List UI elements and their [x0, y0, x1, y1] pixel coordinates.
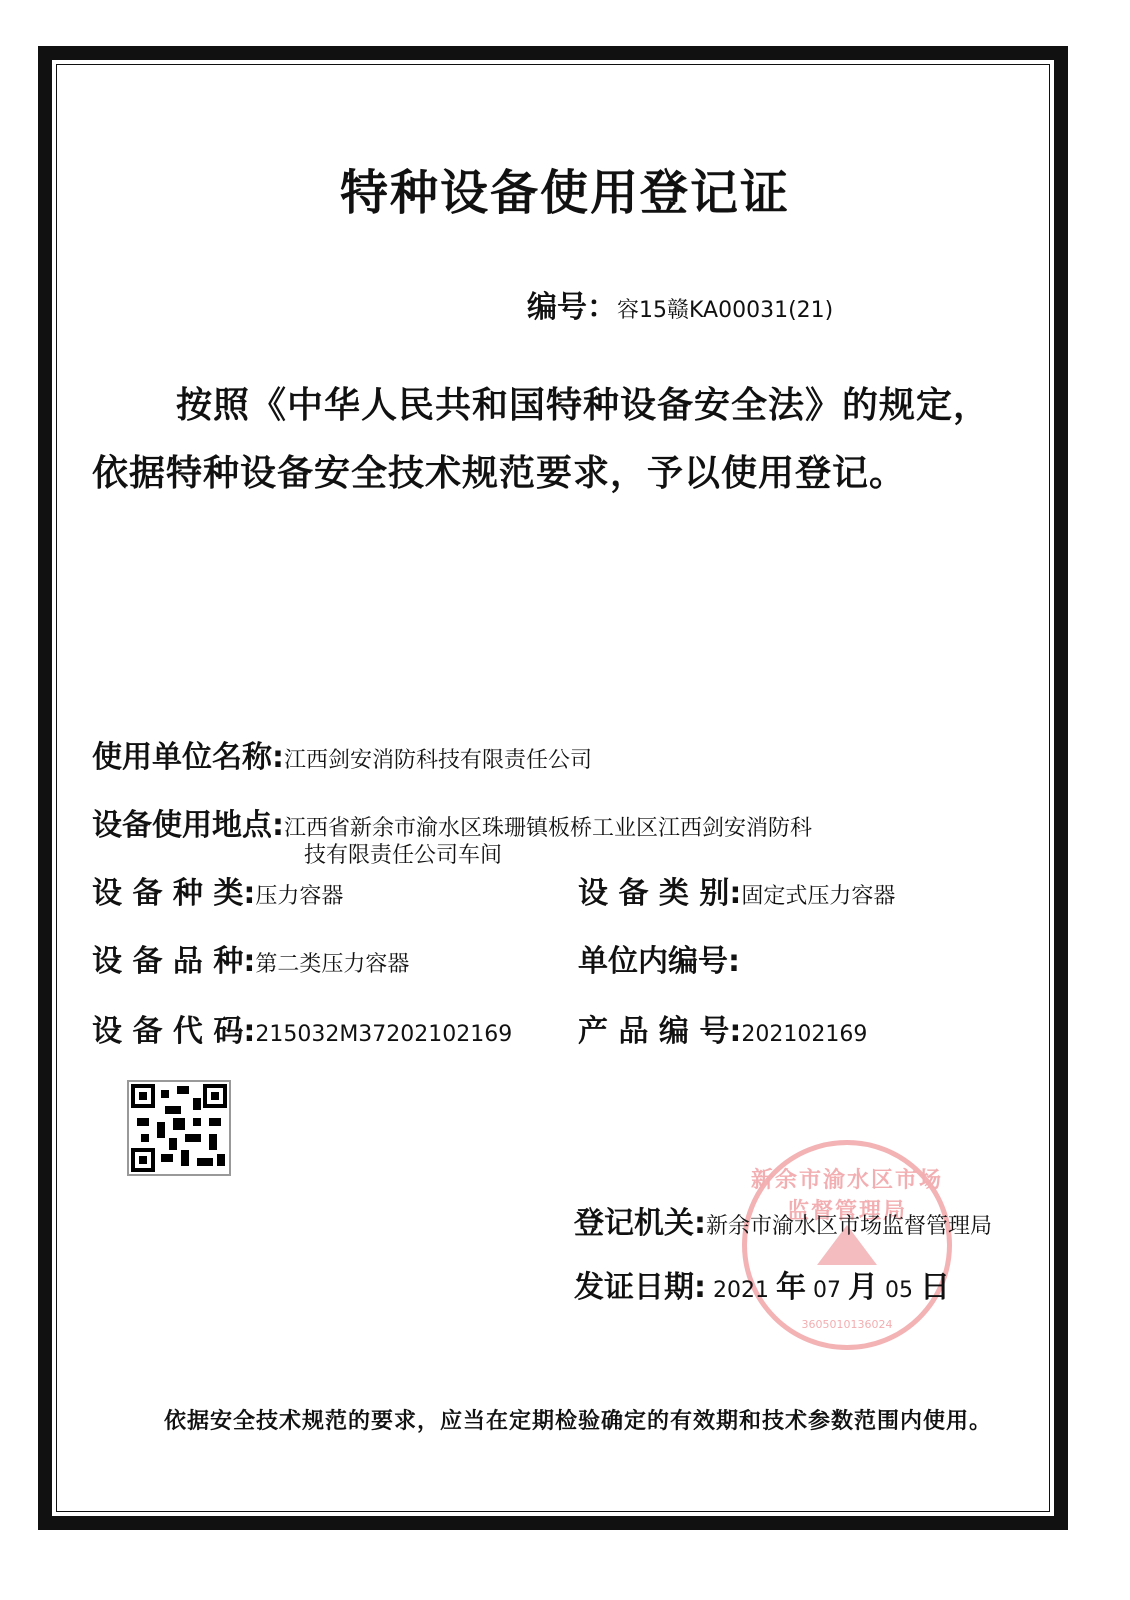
certificate-number-label: 编号 [527, 290, 587, 325]
field-authority: 登记机关:新余市渝水区市场监督管理局 [574, 1198, 992, 1242]
usage-note: 依据安全技术规范的要求，应当在定期检验确定的有效期和技术参数范围内使用。 [110, 1402, 1010, 1442]
location-value-line2: 技有限责任公司车间 [304, 838, 502, 869]
field-equipment-type: 设 备 种 类:压力容器 [92, 868, 343, 912]
field-equipment-class: 设 备 类 别:固定式压力容器 [578, 868, 895, 912]
authority-value: 新余市渝水区市场监督管理局 [706, 1214, 992, 1239]
certificate-number: 编号：容15赣KA00031(21) [527, 282, 833, 326]
field-issue-date: 发证日期: 2021 年 07 月 05 日 [574, 1262, 950, 1306]
certificate-title: 特种设备使用登记证 [0, 154, 1130, 223]
certificate-number-value: 容15赣KA00031(21) [617, 298, 833, 323]
field-product-number: 产 品 编 号:202102169 [578, 1006, 867, 1050]
user-unit-value: 江西剑安消防科技有限责任公司 [284, 748, 592, 773]
field-equipment-code: 设 备 代 码:215032M37202102169 [92, 1006, 512, 1050]
qr-code-icon [127, 1080, 231, 1176]
official-seal: 新余市渝水区市场监督管理局 3605010136024 [742, 1140, 952, 1350]
field-equipment-variety: 设 备 品 种:第二类压力容器 [92, 936, 409, 980]
preamble-text: 按照《中华人民共和国特种设备安全法》的规定，依据特种设备安全技术规范要求，予以使… [92, 372, 1022, 508]
field-user-unit: 使用单位名称:江西剑安消防科技有限责任公司 [92, 732, 592, 776]
field-internal-number: 单位内编号: [578, 936, 740, 980]
